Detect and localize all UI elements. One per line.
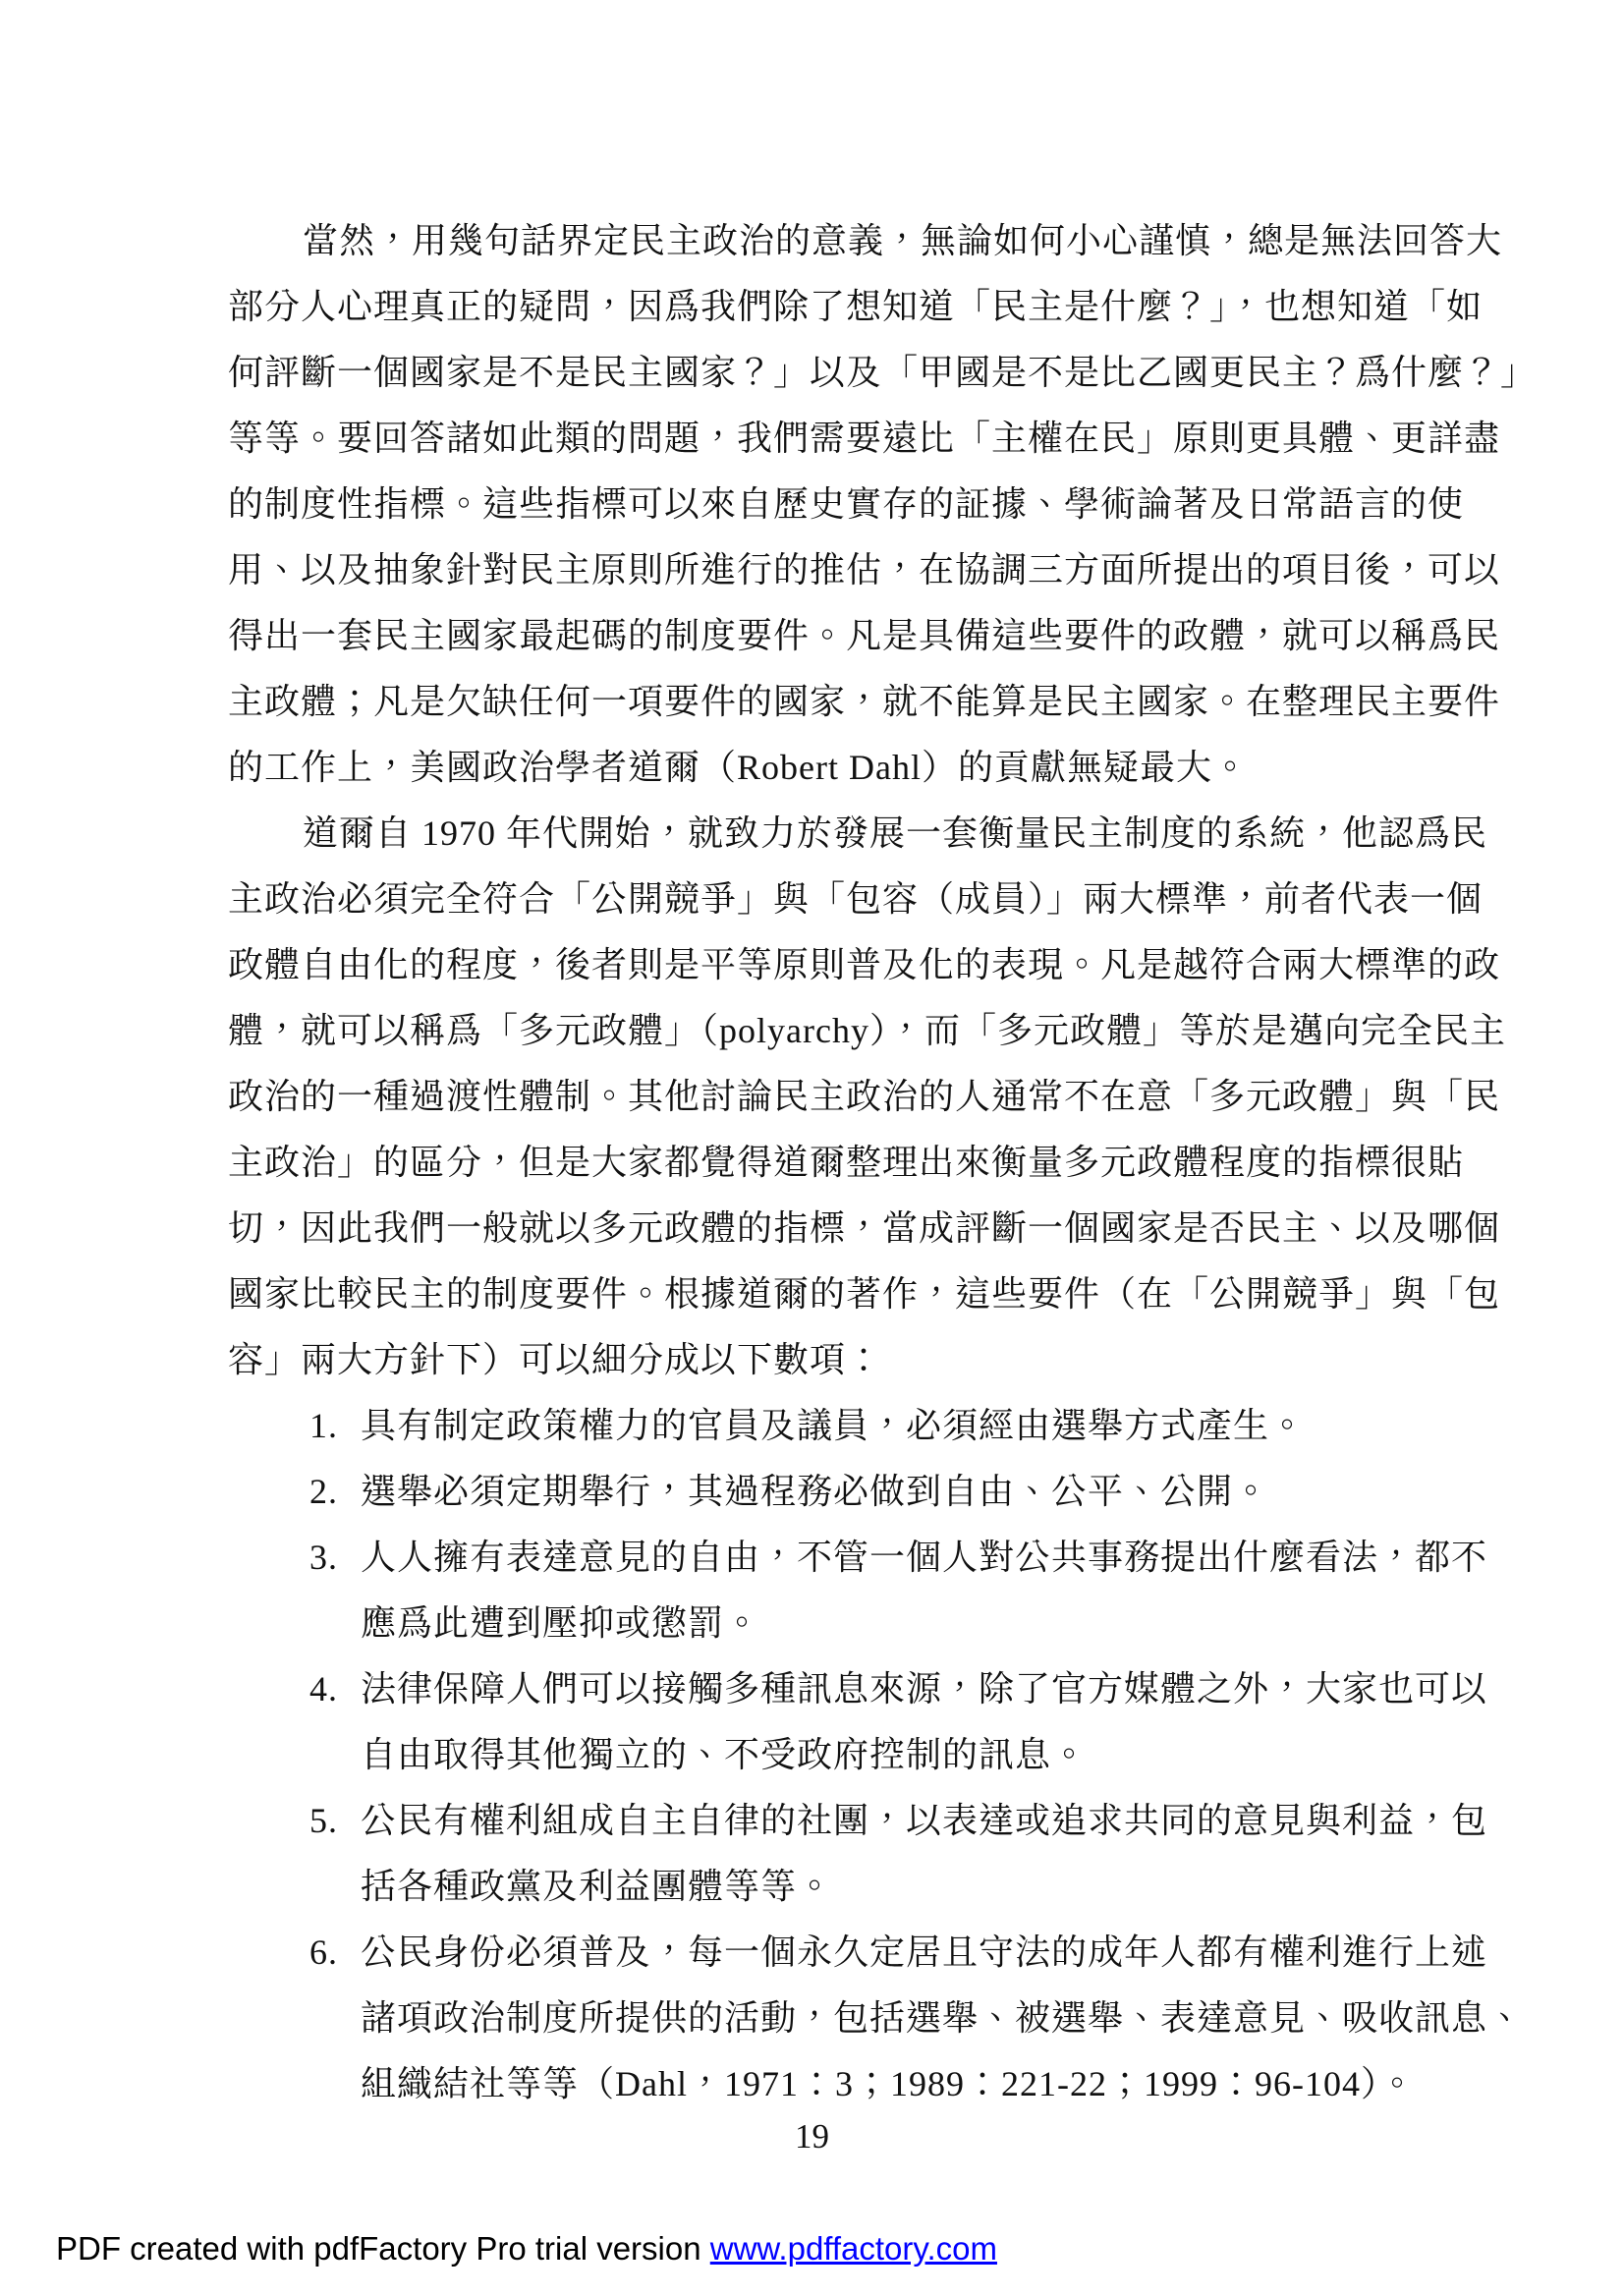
list-item-line: 5.公民有權利組成自主自律的社團，以表達或追求共同的意見與利益，包: [228, 1788, 1397, 1854]
document-text-body: 當然，用幾句話界定民主政治的意義，無論如何小心謹慎，總是無法回答大部分人心理真正…: [228, 208, 1397, 2117]
paragraph-line: 主政治必須完全符合「公開競爭」與「包容（成員）」兩大標準，前者代表一個: [228, 867, 1397, 932]
paragraph-line: 政體自由化的程度，後者則是平等原則普及化的表現。凡是越符合兩大標準的政: [228, 932, 1397, 998]
paragraph-line: 國家比較民主的制度要件。根據道爾的著作，這些要件（在「公開競爭」與「包: [228, 1261, 1397, 1327]
paragraph-line: 的工作上，美國政治學者道爾（Robert Dahl）的貢獻無疑最大。: [228, 735, 1397, 801]
paragraph-line: 道爾自 1970 年代開始，就致力於發展一套衡量民主制度的系統，他認爲民: [228, 801, 1397, 867]
pdffactory-link[interactable]: www.pdffactory.com: [710, 2230, 997, 2267]
list-item-continuation-line: 諸項政治制度所提供的活動，包括選舉、被選舉、表達意見、吸收訊息、: [228, 1986, 1397, 2051]
list-item-text: 選舉必須定期舉行，其過程務必做到自由、公平、公開。: [361, 1472, 1269, 1511]
paragraph-line: 當然，用幾句話界定民主政治的意義，無論如何小心謹慎，總是無法回答大: [228, 208, 1397, 274]
paragraph-line: 體，就可以稱爲「多元政體」（polyarchy），而「多元政體」等於是邁向完全民…: [228, 998, 1397, 1064]
page-number: 19: [0, 2114, 1624, 2158]
list-item-number: 6.: [309, 1920, 338, 1986]
paragraph-line: 容」兩大方針下）可以細分成以下數項：: [228, 1327, 1397, 1393]
list-item-number: 2.: [309, 1459, 338, 1525]
list-item-number: 3.: [309, 1525, 338, 1591]
list-item-continuation-line: 自由取得其他獨立的、不受政府控制的訊息。: [228, 1722, 1397, 1788]
list-item-continuation-line: 應爲此遭到壓抑或懲罰。: [228, 1591, 1397, 1656]
paragraph-line: 政治的一種過渡性體制。其他討論民主政治的人通常不在意「多元政體」與「民: [228, 1064, 1397, 1130]
paragraph-line: 切，因此我們一般就以多元政體的指標，當成評斷一個國家是否民主、以及哪個: [228, 1196, 1397, 1261]
paragraph-line: 等等。要回答諸如此類的問題，我們需要遠比「主權在民」原則更具體、更詳盡: [228, 406, 1397, 472]
list-item-line: 4.法律保障人們可以接觸多種訊息來源，除了官方媒體之外，大家也可以: [228, 1656, 1397, 1722]
paragraph-line: 得出一套民主國家最起碼的制度要件。凡是具備這些要件的政體，就可以稱爲民: [228, 603, 1397, 669]
paragraph-line: 的制度性指標。這些指標可以來自歷史實存的証據、學術論著及日常語言的使: [228, 472, 1397, 537]
list-item-continuation-line: 括各種政黨及利益團體等等。: [228, 1854, 1397, 1920]
list-item-line: 1.具有制定政策權力的官員及議員，必須經由選舉方式產生。: [228, 1393, 1397, 1459]
list-item-text: 公民有權利組成自主自律的社團，以表達或追求共同的意見與利益，包: [361, 1801, 1487, 1840]
paragraph-line: 主政體；凡是欠缺任何一項要件的國家，就不能算是民主國家。在整理民主要件: [228, 669, 1397, 735]
footer-text: PDF created with pdfFactory Pro trial ve…: [56, 2230, 710, 2267]
list-item-continuation-line: 組織結社等等（Dahl，1971：3；1989：221-22；1999：96-1…: [228, 2051, 1397, 2117]
list-item-line: 6.公民身份必須普及，每一個永久定居且守法的成年人都有權利進行上述: [228, 1920, 1397, 1986]
list-item-text: 公民身份必須普及，每一個永久定居且守法的成年人都有權利進行上述: [361, 1932, 1487, 1972]
list-item-line: 3.人人擁有表達意見的自由，不管一個人對公共事務提出什麼看法，都不: [228, 1525, 1397, 1591]
list-item-line: 2.選舉必須定期舉行，其過程務必做到自由、公平、公開。: [228, 1459, 1397, 1525]
list-item-text: 人人擁有表達意見的自由，不管一個人對公共事務提出什麼看法，都不: [361, 1538, 1487, 1577]
list-item-number: 5.: [309, 1788, 338, 1854]
list-item-text: 法律保障人們可以接觸多種訊息來源，除了官方媒體之外，大家也可以: [361, 1669, 1487, 1708]
paragraph-line: 部分人心理真正的疑問，因爲我們除了想知道「民主是什麼？」，也想知道「如: [228, 274, 1397, 340]
pdf-factory-footer: PDF created with pdfFactory Pro trial ve…: [56, 2228, 997, 2269]
list-item-number: 1.: [309, 1393, 338, 1459]
list-item-number: 4.: [309, 1656, 338, 1722]
document-page: 當然，用幾句話界定民主政治的意義，無論如何小心謹慎，總是無法回答大部分人心理真正…: [0, 0, 1624, 2296]
paragraph-line: 何評斷一個國家是不是民主國家？」以及「甲國是不是比乙國更民主？爲什麼？」: [228, 340, 1397, 406]
paragraph-line: 主政治」的區分，但是大家都覺得道爾整理出來衡量多元政體程度的指標很貼: [228, 1130, 1397, 1196]
list-item-text: 具有制定政策權力的官員及議員，必須經由選舉方式產生。: [361, 1406, 1306, 1445]
paragraph-line: 用、以及抽象針對民主原則所進行的推估，在協調三方面所提出的項目後，可以: [228, 537, 1397, 603]
